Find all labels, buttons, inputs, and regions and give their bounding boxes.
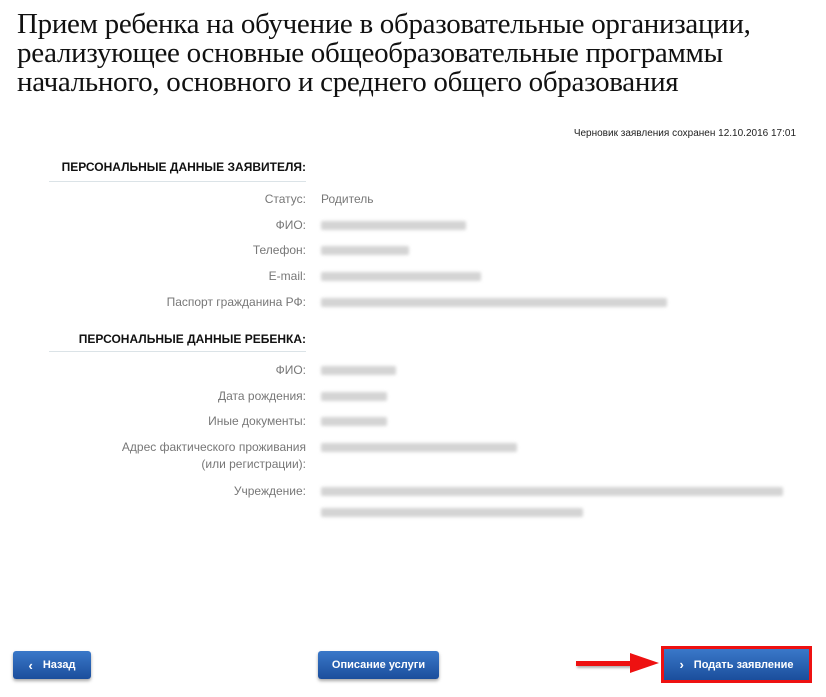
redacted-value (321, 242, 409, 259)
redacted-value (321, 413, 387, 430)
field-label-line1: Адрес фактического проживания (122, 440, 306, 454)
field-label: ФИО: (46, 362, 306, 379)
applicant-section-heading: ПЕРСОНАЛЬНЫЕ ДАННЫЕ ЗАЯВИТЕЛЯ: (49, 160, 306, 174)
page-title: Прием ребенка на обучение в образователь… (17, 10, 817, 97)
back-button[interactable]: ‹ Назад (13, 651, 91, 679)
child-divider (49, 351, 306, 352)
applicant-divider (49, 181, 306, 182)
service-description-label: Описание услуги (332, 659, 425, 671)
chevron-left-icon: ‹ (29, 658, 33, 673)
field-label: E-mail: (46, 268, 306, 285)
redacted-value (321, 388, 387, 405)
chevron-right-icon: › (679, 657, 683, 672)
field-label: Учреждение: (46, 483, 306, 500)
redacted-value (321, 439, 517, 456)
service-description-button[interactable]: Описание услуги (318, 651, 439, 679)
redacted-value (321, 268, 481, 285)
field-label: Адрес фактического проживания (или регис… (46, 439, 306, 473)
field-value: Родитель (321, 191, 373, 208)
annotation-arrow-icon (630, 653, 659, 673)
field-label: Телефон: (46, 242, 306, 259)
child-section-heading: ПЕРСОНАЛЬНЫЕ ДАННЫЕ РЕБЕНКА: (49, 332, 306, 346)
draft-saved-status: Черновик заявления сохранен 12.10.2016 1… (574, 128, 796, 139)
field-label: ФИО: (46, 217, 306, 234)
annotation-arrow-shaft (576, 661, 632, 666)
back-button-label: Назад (43, 659, 76, 671)
redacted-value (321, 362, 396, 379)
redacted-value (321, 483, 783, 517)
field-label: Паспорт гражданина РФ: (46, 294, 306, 311)
redacted-value (321, 217, 466, 234)
redacted-value (321, 294, 667, 311)
field-label: Иные документы: (46, 413, 306, 430)
field-label: Дата рождения: (46, 388, 306, 405)
field-label: Статус: (46, 191, 306, 208)
submit-application-button[interactable]: › Подать заявление (664, 649, 809, 680)
field-label-line2: (или регистрации): (201, 457, 306, 471)
submit-button-label: Подать заявление (694, 659, 794, 671)
